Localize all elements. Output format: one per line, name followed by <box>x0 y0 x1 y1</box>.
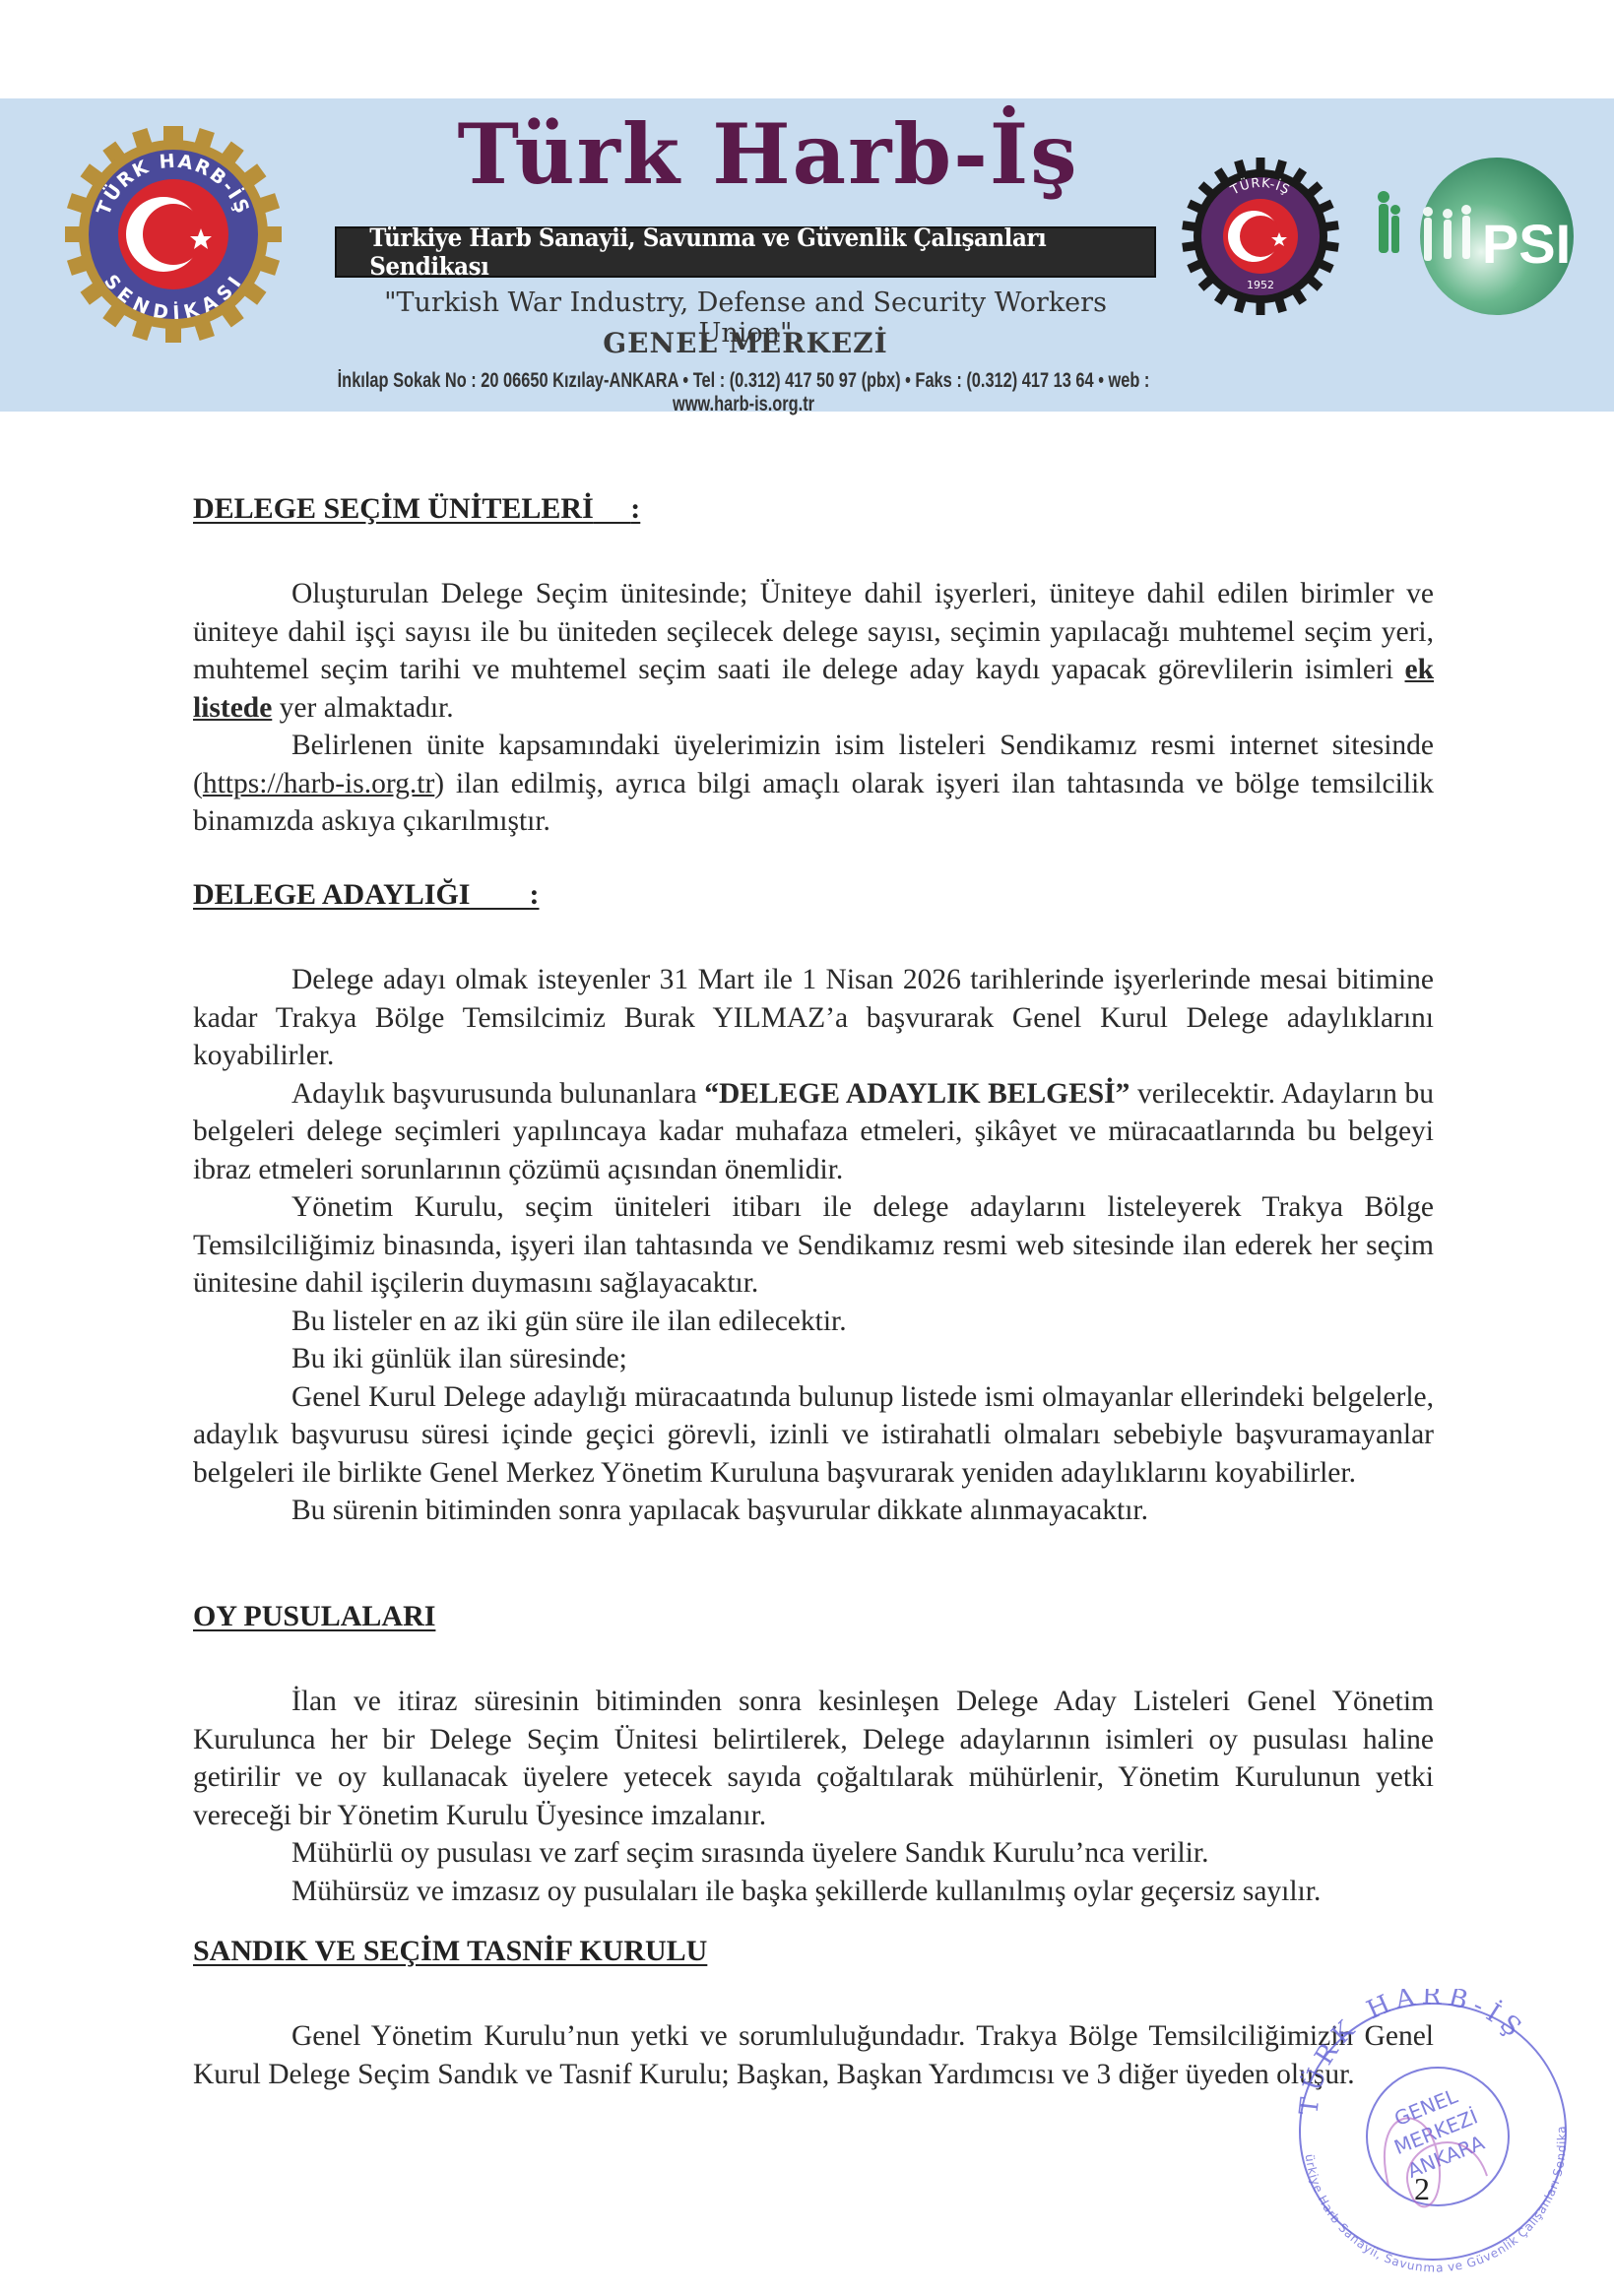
section-oy-pusulalari: OY PUSULALARI İlan ve itiraz süresinin b… <box>193 1600 1434 1910</box>
contact-address: İnkılap Sokak No : 20 06650 Kızılay-ANKA… <box>302 369 1186 416</box>
delege-adaylik-belgesi: “DELEGE ADAYLIK BELGESİ” <box>704 1078 1130 1110</box>
paragraph: Adaylık başvurusunda bulunanlara “DELEGE… <box>193 1075 1434 1189</box>
harb-is-logo-icon: TÜRK HARB-İŞ SENDİKASI <box>65 126 282 343</box>
psi-logo-icon: PSI <box>1364 153 1581 320</box>
section-heading: DELEGE ADAYLIĞI : <box>193 878 539 912</box>
section-heading: SANDIK VE SEÇİM TASNİF KURULU <box>193 1935 707 1968</box>
section-heading: DELEGE SEÇİM ÜNİTELERİ : <box>193 492 640 526</box>
section-heading: OY PUSULALARI <box>193 1600 435 1633</box>
union-title: Türk Harb-İş <box>374 113 1162 196</box>
paragraph: Bu listeler en az iki gün süre ile ilan … <box>193 1303 1434 1341</box>
paragraph: Mühürsüz ve imzasız oy pusulaları ile ba… <box>193 1873 1434 1911</box>
turk-is-logo-icon: TÜRK-İŞ 1952 <box>1182 158 1339 315</box>
letterhead-banner: TÜRK HARB-İŞ SENDİKASI Türk Harb-İş Türk… <box>0 98 1614 412</box>
svg-text:PSI: PSI <box>1482 213 1571 275</box>
paragraph: Belirlenen ünite kapsamındaki üyelerimiz… <box>193 727 1434 841</box>
section-delege-adayligi: DELEGE ADAYLIĞI : Delege adayı olmak ist… <box>193 878 1434 1530</box>
union-full-name: Türkiye Harb Sanayii, Savunma ve Güvenli… <box>369 228 1122 276</box>
paragraph: Bu sürenin bitiminden sonra yapılacak ba… <box>193 1492 1434 1530</box>
paragraph: Oluşturulan Delege Seçim ünitesinde; Üni… <box>193 575 1434 727</box>
paragraph: Genel Kurul Delege adaylığı müracaatında… <box>193 1378 1434 1493</box>
paragraph: Bu iki günlük ilan süresinde; <box>193 1340 1434 1378</box>
office-label: GENEL MERKEZİ <box>335 327 1156 359</box>
paragraph: İlan ve itiraz süresinin bitiminden sonr… <box>193 1683 1434 1834</box>
paragraph: Mühürlü oy pusulası ve zarf seçim sırası… <box>193 1834 1434 1873</box>
union-subtitle-bar: Türkiye Harb Sanayii, Savunma ve Güvenli… <box>335 226 1156 278</box>
paragraph: Delege adayı olmak isteyenler 31 Mart il… <box>193 961 1434 1075</box>
official-seal-stamp-icon: TÜRK HARB-İŞ Türkiye Harb Sanayii, Savun… <box>1270 1989 1585 2274</box>
website-link[interactable]: https://harb-is.org.tr <box>203 768 434 799</box>
paragraph: Genel Yönetim Kurulu’nun yetki ve soruml… <box>193 2017 1434 2093</box>
svg-text:1952: 1952 <box>1247 279 1274 291</box>
section-sandik-ve-secim-tasnif-kurulu: SANDIK VE SEÇİM TASNİF KURULU Genel Yöne… <box>193 1935 1434 2093</box>
section-delege-secim-uniteleri: DELEGE SEÇİM ÜNİTELERİ : Oluşturulan Del… <box>193 492 1434 841</box>
paragraph: Yönetim Kurulu, seçim üniteleri itibarı … <box>193 1188 1434 1303</box>
page-number: 2 <box>1414 2171 1430 2207</box>
